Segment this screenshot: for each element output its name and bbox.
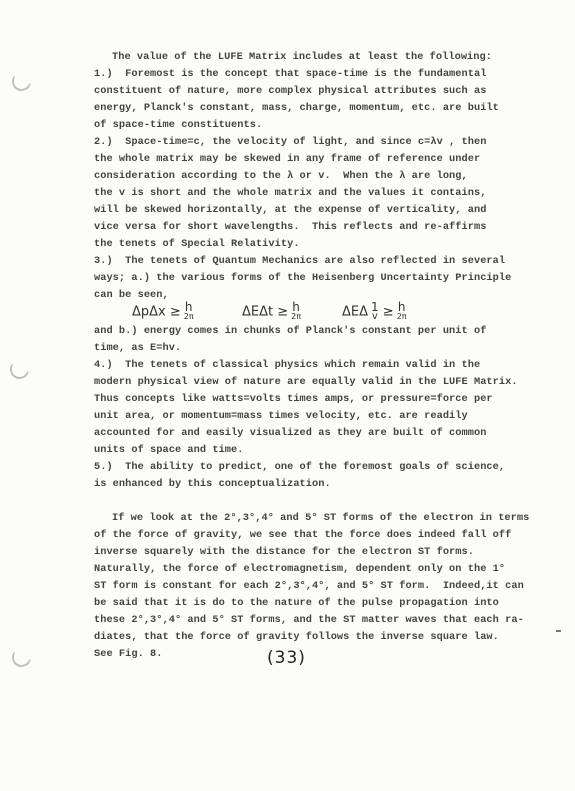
text-line: the tenets of Special Relativity. xyxy=(94,238,300,250)
text-line: the v is short and the whole matrix and … xyxy=(94,187,486,199)
text-line: inverse squarely with the distance for t… xyxy=(94,546,474,558)
equation-energy-time: ΔEΔt ≥h2π xyxy=(242,302,301,322)
text-line: consideration according to the λ or v. W… xyxy=(94,170,468,182)
text-line: Naturally, the force of electromagnetism… xyxy=(94,563,505,575)
text-line: ways; a.) the various forms of the Heise… xyxy=(94,272,511,284)
text-line: and b.) energy comes in chunks of Planck… xyxy=(94,325,486,337)
text-line: See Fig. 8. xyxy=(94,648,163,660)
text-line: 1.) Foremost is the concept that space-t… xyxy=(94,68,486,80)
text-line: energy, Planck's constant, mass, charge,… xyxy=(94,102,499,114)
text-line: Thus concepts like watts=volts times amp… xyxy=(94,393,493,405)
equation-energy-frequency: ΔEΔ1v ≥h2π xyxy=(342,302,407,322)
scanned-document-page: The value of the LUFE Matrix includes at… xyxy=(0,0,575,791)
text-line: 3.) The tenets of Quantum Mechanics are … xyxy=(94,255,505,267)
punch-hole-bottom xyxy=(9,645,33,669)
punch-hole-top xyxy=(9,69,33,93)
equation-momentum-position: ΔpΔx ≥h2π xyxy=(132,302,194,322)
text-line: is enhanced by this conceptualization. xyxy=(94,478,331,490)
punch-hole-middle xyxy=(7,357,31,381)
text-line: vice versa for short wavelengths. This r… xyxy=(94,221,486,233)
text-line: modern physical view of nature are equal… xyxy=(94,376,518,388)
text-line: will be skewed horizontally, at the expe… xyxy=(94,204,486,216)
text-line: time, as E=hv. xyxy=(94,342,181,354)
text-line: be said that it is do to the nature of t… xyxy=(94,597,499,609)
text-line: accounted for and easily visualized as t… xyxy=(94,427,486,439)
text-line: constituent of nature, more complex phys… xyxy=(94,85,486,97)
page-number: (33) xyxy=(267,648,306,668)
text-line: 4.) The tenets of classical physics whic… xyxy=(94,359,480,371)
text-line: unit area, or momentum=mass times veloci… xyxy=(94,410,468,422)
text-line: 5.) The ability to predict, one of the f… xyxy=(94,461,505,473)
text-line: ST form is constant for each 2°,3°,4°, a… xyxy=(94,580,524,592)
text-line: these 2°,3°,4° and 5° ST forms, and the … xyxy=(94,614,524,626)
text-line: The value of the LUFE Matrix includes at… xyxy=(112,51,492,63)
text-line: of the force of gravity, we see that the… xyxy=(94,529,511,541)
text-line: can be seen, xyxy=(94,289,169,301)
text-line: of space-time constituents. xyxy=(94,119,262,131)
text-line: the whole matrix may be skewed in any fr… xyxy=(94,153,480,165)
text-line: diates, that the force of gravity follow… xyxy=(94,631,499,643)
text-line: If we look at the 2°,3°,4° and 5° ST for… xyxy=(112,512,529,524)
text-line: units of space and time. xyxy=(94,444,244,456)
text-line: 2.) Space-time=c, the velocity of light,… xyxy=(94,136,486,148)
margin-speck xyxy=(556,630,561,632)
